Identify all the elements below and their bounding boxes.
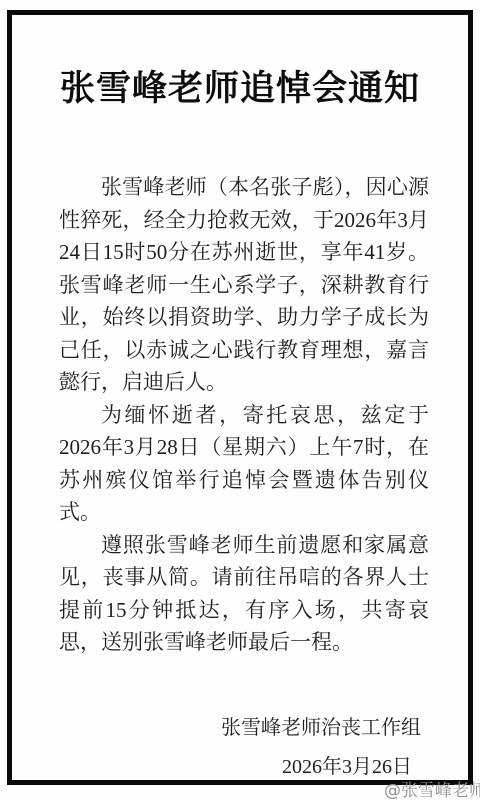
signature-block: 张雪峰老师治丧工作组 2026年3月26日 [12, 713, 468, 782]
notice-border-frame: 张雪峰老师追悼会通知 张雪峰老师（本名张子彪），因心源性猝死，经全力抢救无效，于… [7, 10, 473, 785]
notice-body: 张雪峰老师（本名张子彪），因心源性猝死，经全力抢救无效，于2026年3月24日1… [59, 171, 429, 659]
signature-organization: 张雪峰老师治丧工作组 [12, 713, 468, 743]
notice-title: 张雪峰老师追悼会通知 [22, 69, 458, 109]
notice-page: 张雪峰老师追悼会通知 张雪峰老师（本名张子彪），因心源性猝死，经全力抢救无效，于… [0, 0, 480, 800]
notice-paragraph-2: 为缅怀逝者，寄托哀思，兹定于2026年3月28日（星期六）上午7时，在苏州殡仪馆… [59, 399, 429, 529]
weibo-watermark: @张雪峰老师 [384, 781, 480, 800]
notice-paragraph-3: 遵照张雪峰老师生前遗愿和家属意见，丧事从简。请前往吊唁的各界人士提前15分钟抵达… [59, 529, 429, 659]
notice-paragraph-1: 张雪峰老师（本名张子彪），因心源性猝死，经全力抢救无效，于2026年3月24日1… [59, 171, 429, 399]
signature-date: 2026年3月26日 [12, 752, 468, 782]
